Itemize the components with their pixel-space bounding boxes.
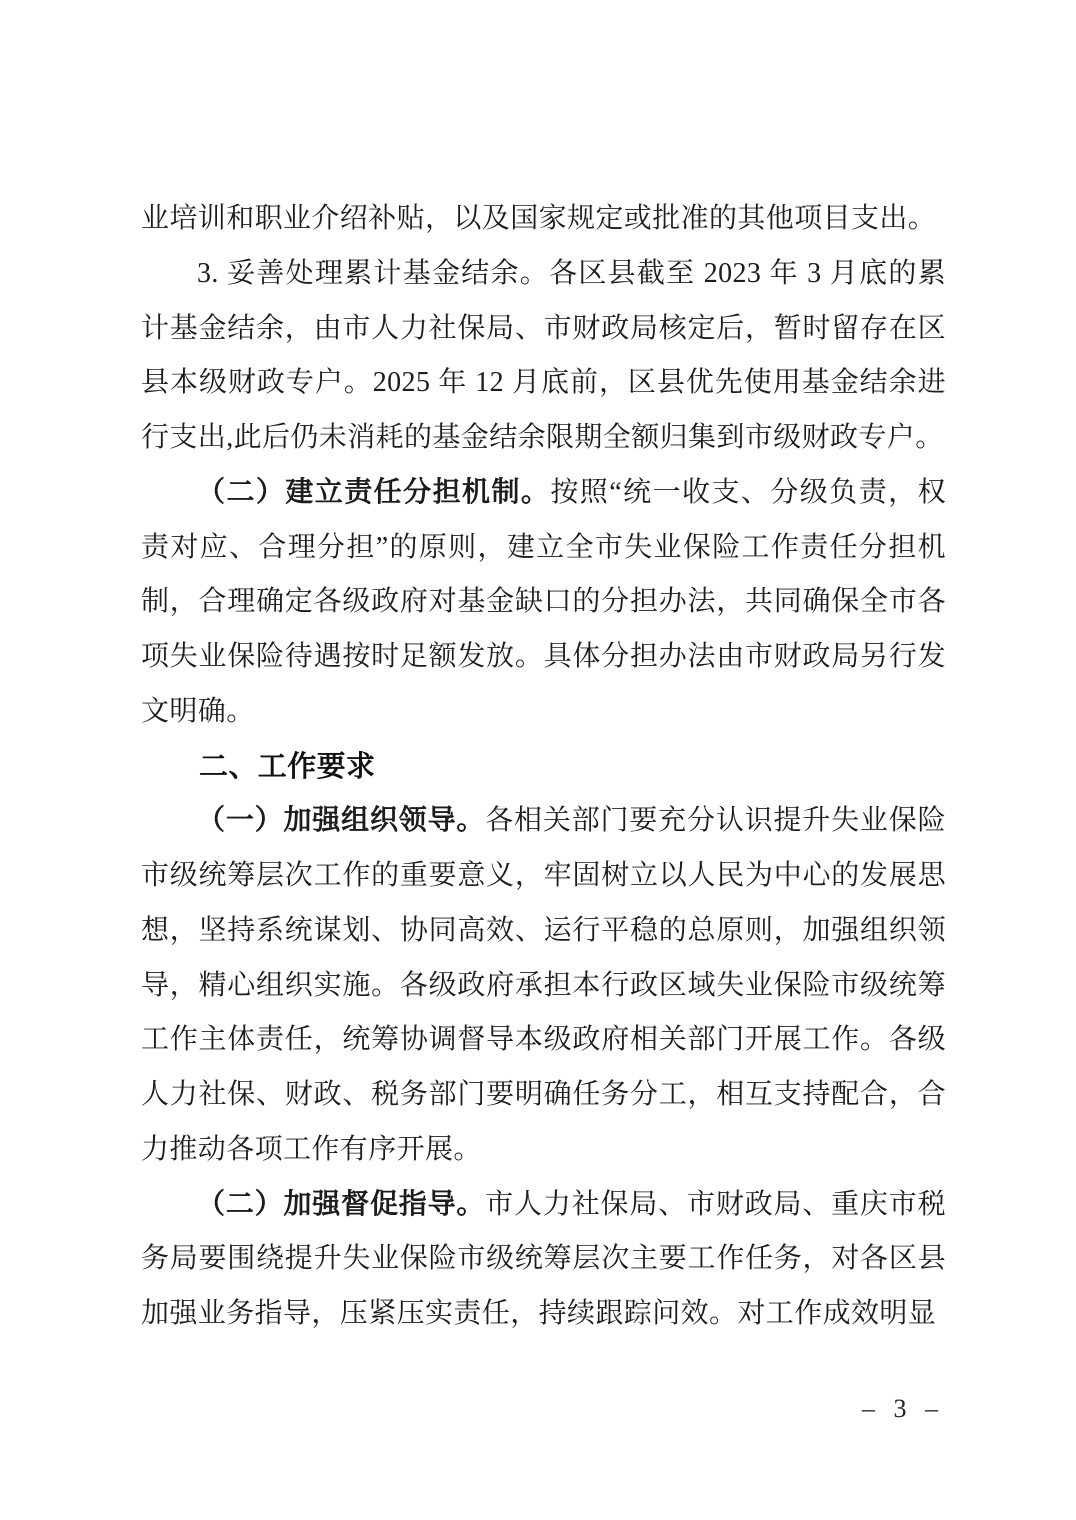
clause-lead-strengthen-supervision: （二）加强督促指导。 xyxy=(197,1189,485,1220)
clause-body-responsibility-mechanism: 按照“统一收支、分级负责，权责对应、合理分担”的原则，建立全市失业保险工作责任分… xyxy=(141,477,946,727)
paragraph-strengthen-leadership: （一）加强组织领导。各相关部门要充分认识提升失业保险市级统筹层次工作的重要意义，… xyxy=(141,794,946,1177)
paragraph-responsibility-mechanism: （二）建立责任分担机制。按照“统一收支、分级负责，权责对应、合理分担”的原则，建… xyxy=(141,466,946,740)
clause-body-strengthen-leadership: 各相关部门要充分认识提升失业保险市级统筹层次工作的重要意义，牢固树立以人民为中心… xyxy=(141,805,946,1165)
paragraph-item-3-fund-balance: 3. 妥善处理累计基金结余。各区县截至 2023 年 3 月底的累计基金结余，由… xyxy=(141,247,946,466)
document-body: 业培训和职业介绍补贴，以及国家规定或批准的其他项目支出。 3. 妥善处理累计基金… xyxy=(141,192,946,1342)
section-heading-work-requirements: 二、工作要求 xyxy=(141,740,946,795)
clause-lead-responsibility-mechanism: （二）建立责任分担机制。 xyxy=(197,477,550,508)
clause-lead-strengthen-leadership: （一）加强组织领导。 xyxy=(197,805,485,836)
document-page: 业培训和职业介绍补贴，以及国家规定或批准的其他项目支出。 3. 妥善处理累计基金… xyxy=(0,0,1076,1520)
paragraph-continuation: 业培训和职业介绍补贴，以及国家规定或批准的其他项目支出。 xyxy=(141,192,946,247)
paragraph-strengthen-supervision: （二）加强督促指导。市人力社保局、市财政局、重庆市税务局要围绕提升失业保险市级统… xyxy=(141,1178,946,1342)
page-number: – 3 – xyxy=(862,1394,944,1424)
